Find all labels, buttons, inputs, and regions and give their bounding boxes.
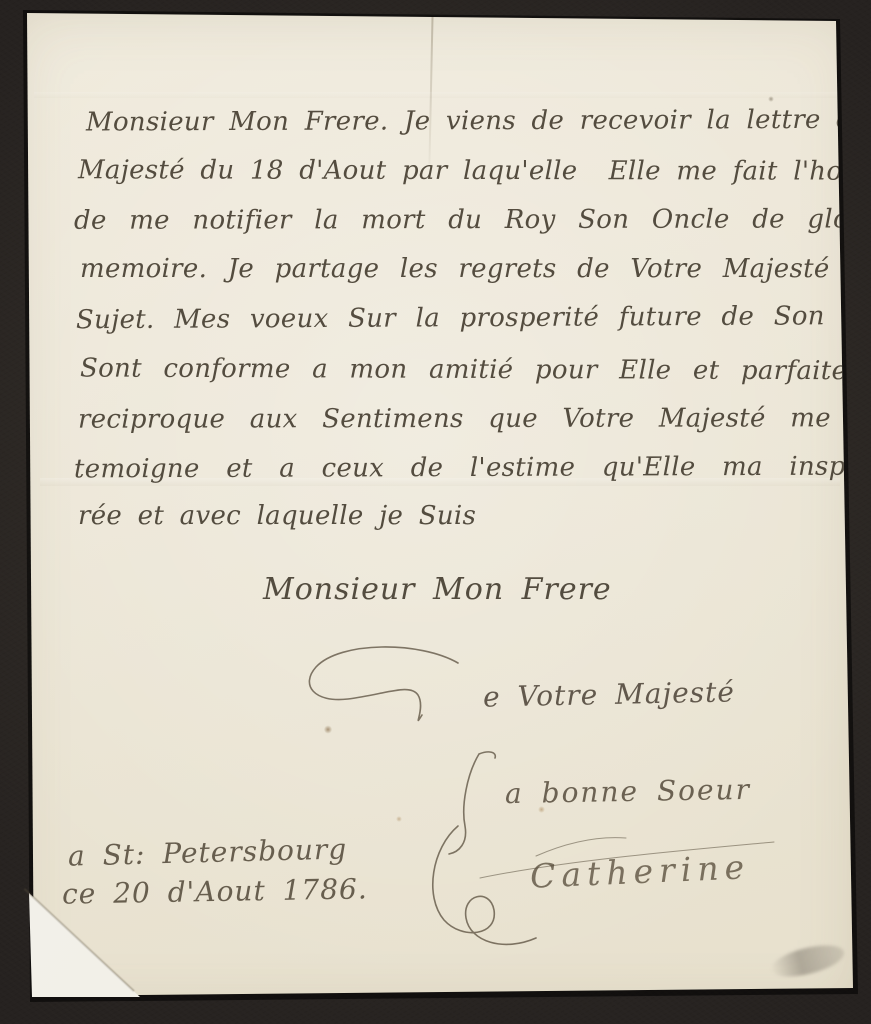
letter-closing-line-2: a bonne Soeur [505,773,751,810]
letter-body-line-3: de me notifier la mort du Roy Son Oncle … [74,204,871,235]
letter-body-line-9: rée et avec laquelle je Suis [78,501,476,531]
letter-paper: Monsieur Mon Frere. Je viens de recevoir… [0,0,871,1024]
letter-closing-line-1: e Votre Majesté [483,675,736,713]
letter-body-line-1: Monsieur Mon Frere. Je viens de recevoir… [86,104,871,137]
letter-date: ce 20 d'Aout 1786. [62,872,368,910]
letter-body-line-8: temoigne et a ceux de l'estime qu'Elle m… [74,452,854,485]
letter-body-line-7: reciproque aux Sentimens que Votre Majes… [78,403,831,434]
letter-body-line-4: memoire. Je partage les regrets de Votre… [80,254,871,284]
photo-of-letter: Monsieur Mon Frere. Je viens de recevoir… [0,0,871,1024]
letter-body-line-2: Majesté du 18 d'Aout par laqu'elle Elle … [78,155,871,186]
letter-body-line-6: Sont conforme a mon amitié pour Elle et … [80,354,871,387]
letter-body-line-5: Sujet. Mes voeux Sur la prosperité futur… [76,301,871,335]
letter-salutation-repeat: Monsieur Mon Frere [263,572,612,607]
